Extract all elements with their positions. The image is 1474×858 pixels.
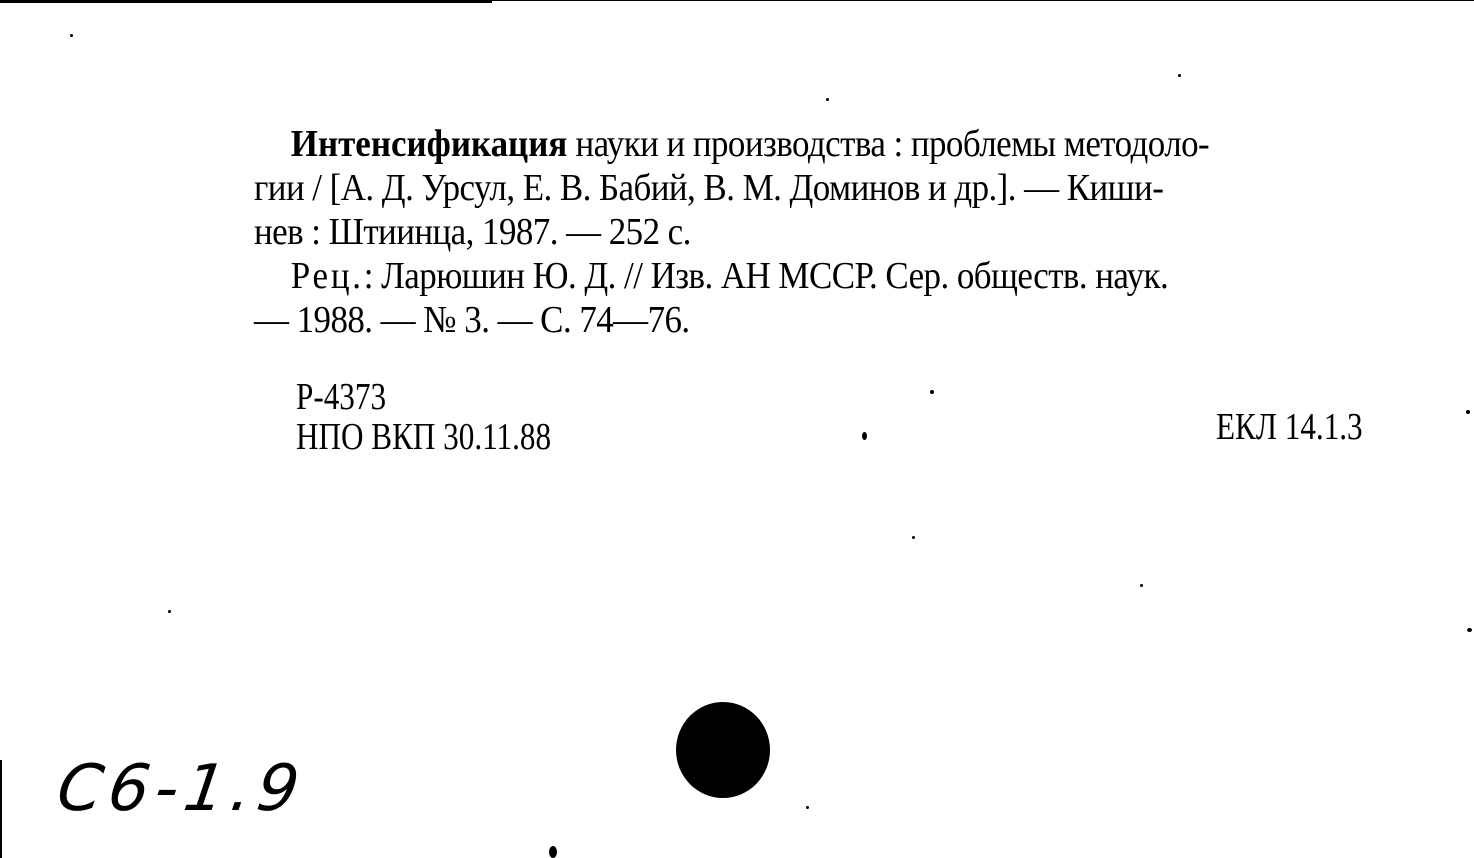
scan-speck xyxy=(930,390,934,394)
entry-title: Интенсификация xyxy=(291,123,567,165)
review-text: : Ларюшин Ю. Д. // Изв. АН МССР. Сер. об… xyxy=(364,255,1168,297)
bibliographic-entry: Интенсификация науки и производства : пр… xyxy=(254,122,1330,342)
left-edge-rule xyxy=(0,760,2,858)
entry-line-1: Интенсификация науки и производства : пр… xyxy=(254,122,1330,166)
entry-title-rest: науки и производства : проблемы методоло… xyxy=(567,123,1209,165)
registration-stamp: НПО ВКП 30.11.88 xyxy=(296,417,551,457)
review-label: Рец. xyxy=(291,255,364,297)
scan-speck xyxy=(806,806,809,809)
classification-code: ЕКЛ 14.1.3 xyxy=(1216,407,1363,447)
scan-speck xyxy=(1466,410,1470,414)
handwritten-shelf-mark: С6-1.9 xyxy=(53,752,310,826)
punch-hole-icon xyxy=(676,702,770,798)
scan-speck xyxy=(549,846,557,858)
top-border-rule xyxy=(0,0,492,3)
entry-line-3: нев : Штиинца, 1987. — 252 с. xyxy=(254,210,1330,254)
entry-review-line: Рец.: Ларюшин Ю. Д. // Изв. АН МССР. Сер… xyxy=(254,254,1330,298)
entry-line-2: гии / [А. Д. Урсул, Е. В. Бабий, В. М. Д… xyxy=(254,166,1330,210)
scan-speck xyxy=(168,610,171,613)
top-border-rule-thin xyxy=(492,0,1474,1)
card-code: Р-4373 xyxy=(296,377,551,417)
scan-speck xyxy=(1178,74,1181,77)
scan-speck xyxy=(70,34,73,37)
scan-speck xyxy=(912,536,915,539)
card-meta-left: Р-4373 НПО ВКП 30.11.88 xyxy=(296,377,551,457)
scan-speck xyxy=(826,98,829,101)
scan-speck xyxy=(862,432,867,440)
scan-speck xyxy=(1140,584,1143,587)
entry-line-5: — 1988. — № 3. — С. 74—76. xyxy=(254,298,1330,342)
scan-speck xyxy=(1467,628,1472,632)
